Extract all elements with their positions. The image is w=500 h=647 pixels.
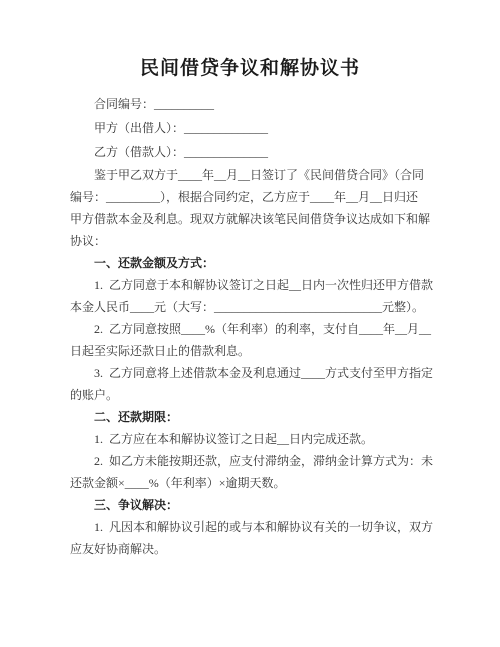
body-line: 3. 乙方同意将上述借款本金及利息通过____方式支付至甲方指定 bbox=[70, 362, 430, 384]
body-line: 1. 乙方应在本和解协议签订之日起__日内完成还款。 bbox=[70, 428, 430, 450]
body-line: 甲方借款本金及利息。现双方就解决该笔民间借贷争议达成如下和解 bbox=[70, 208, 430, 230]
section-heading: 二、还款期限： bbox=[70, 406, 430, 428]
body-line: 协议： bbox=[70, 230, 430, 252]
field-line: 合同编号：__________ bbox=[70, 92, 430, 116]
body-line: 本金人民币____元（大写：__________________________… bbox=[70, 296, 430, 318]
body-line: 2. 如乙方未能按期还款，应支付滞纳金，滞纳金计算方式为：未 bbox=[70, 450, 430, 472]
body-line: 的账户。 bbox=[70, 384, 430, 406]
body-line: 1. 凡因本和解协议引起的或与本和解协议有关的一切争议，双方 bbox=[70, 516, 430, 538]
section-heading: 一、还款金额及方式： bbox=[70, 252, 430, 274]
field-line: 乙方（借款人）：______________ bbox=[70, 140, 430, 164]
field-line: 甲方（出借人）：______________ bbox=[70, 116, 430, 140]
body-line: 日起至实际还款日止的借款利息。 bbox=[70, 340, 430, 362]
body-line: 2. 乙方同意按照____%（年利率）的利率，支付自____年__月__ bbox=[70, 318, 430, 340]
body-line: 编号：_________），根据合同约定，乙方应于____年__月__日归还 bbox=[70, 186, 430, 208]
body-line: 还款金额×____%（年利率）×逾期天数。 bbox=[70, 472, 430, 494]
section-heading: 三、争议解决： bbox=[70, 494, 430, 516]
document-page: 民间借贷争议和解协议书 合同编号：__________甲方（出借人）：_____… bbox=[0, 0, 500, 647]
document-body: 合同编号：__________甲方（出借人）：______________乙方（… bbox=[70, 92, 430, 560]
document-title: 民间借贷争议和解协议书 bbox=[70, 56, 430, 82]
document-content: 民间借贷争议和解协议书 合同编号：__________甲方（出借人）：_____… bbox=[0, 0, 500, 560]
body-line: 应友好协商解决。 bbox=[70, 538, 430, 560]
body-line: 1. 乙方同意于本和解协议签订之日起__日内一次性归还甲方借款 bbox=[70, 274, 430, 296]
body-line: 鉴于甲乙双方于____年__月__日签订了《民间借贷合同》（合同 bbox=[70, 164, 430, 186]
